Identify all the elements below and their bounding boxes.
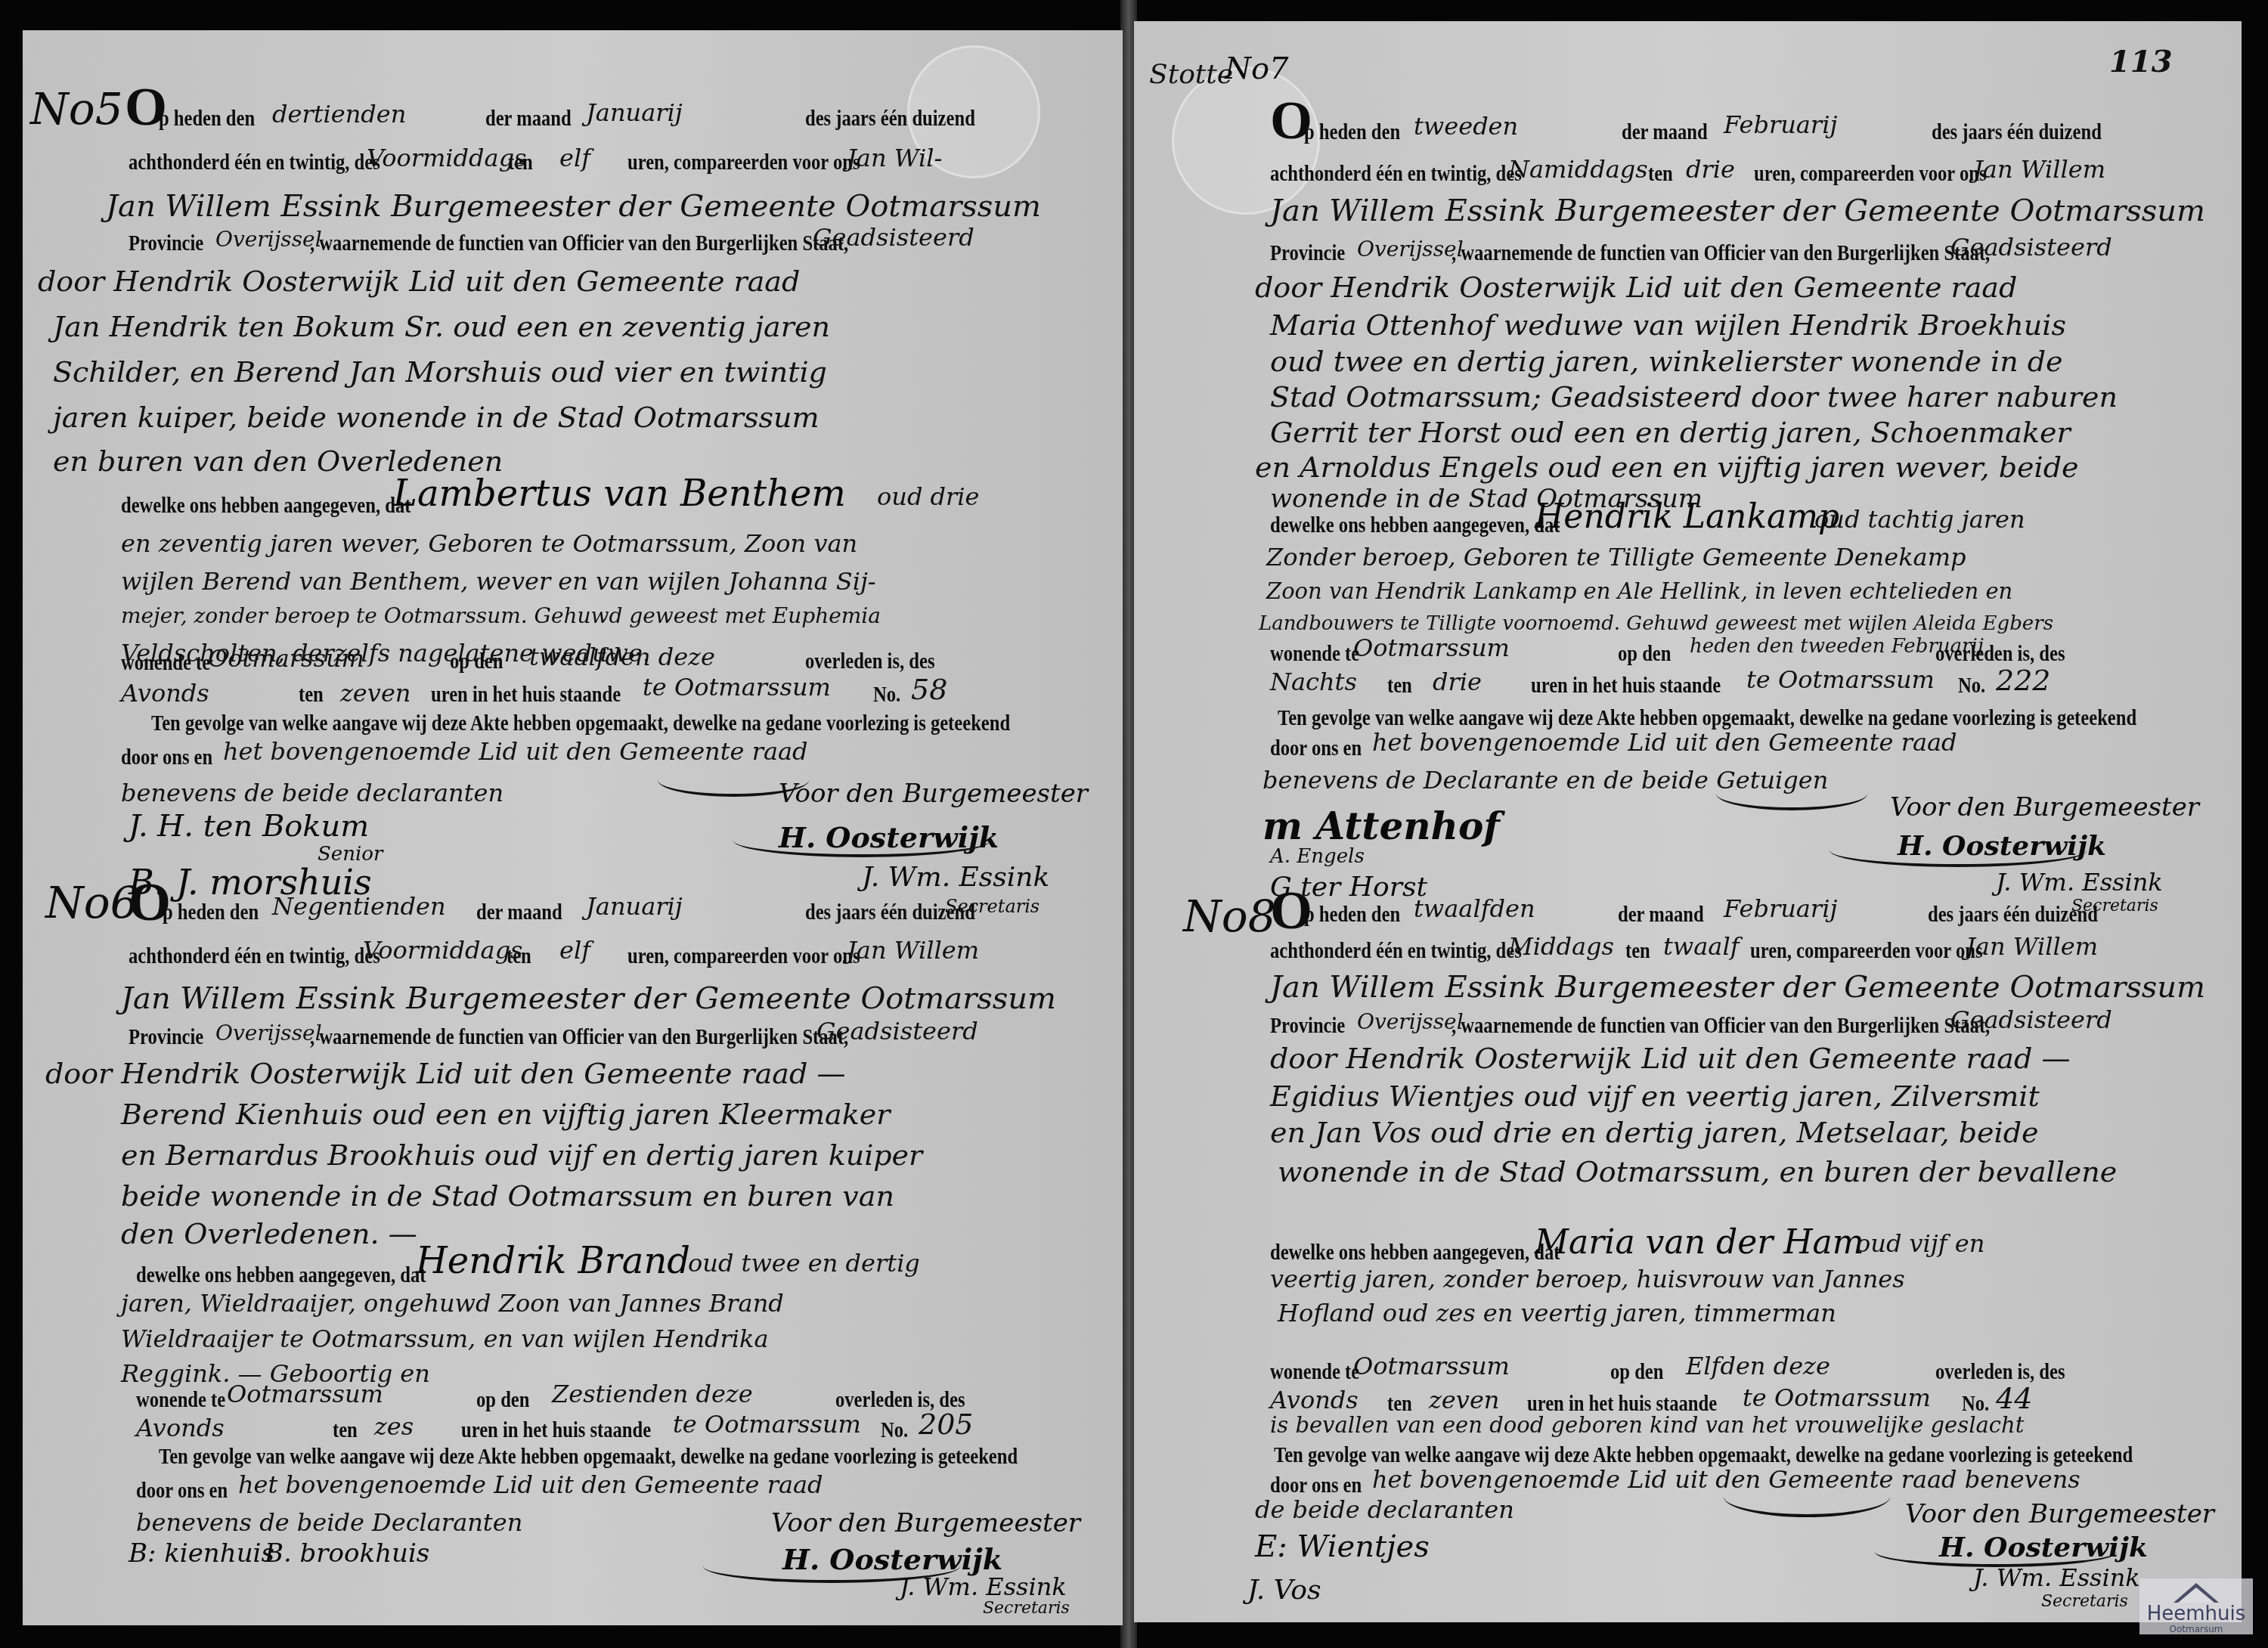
house-number: 222 — [1996, 664, 2051, 697]
signature-ten-bokum: J. H. ten Bokum — [129, 809, 369, 844]
remark-stillborn: is bevallen van een dood geboren kind va… — [1270, 1412, 2024, 1438]
signature-vos: J. Vos — [1247, 1575, 1321, 1606]
official-line: Jan Willem Essink Burgemeester der Gemee… — [106, 189, 1041, 224]
deceased-name: Hendrik Brand — [416, 1240, 690, 1282]
signature-essink: J. Wm. Essink — [862, 862, 1049, 893]
deceased-name: Maria van der Ham — [1535, 1223, 1864, 1262]
page-number: 113 — [2109, 44, 2173, 79]
left-page: No5 O p heden den dertienden der maand J… — [23, 30, 1123, 1625]
right-page: Stotte 113 No7 O p heden den tweeden der… — [1134, 21, 2242, 1622]
house-number: 58 — [911, 673, 947, 706]
deceased-name: Lambertus van Benthem — [393, 472, 846, 515]
signature-engels: A. Engels — [1270, 845, 1365, 868]
margin-note: Stotte — [1149, 59, 1233, 90]
signature-kienhuis: B: kienhuis — [129, 1538, 274, 1569]
house-number: 205 — [919, 1408, 974, 1441]
entry-day: dertienden — [272, 100, 406, 129]
entry-month: Januarij — [586, 98, 683, 127]
entry-number: No7 — [1225, 51, 1289, 86]
deceased-name: Hendrik Lankamp — [1535, 497, 1839, 536]
signature-wientjes: E: Wientjes — [1255, 1529, 1430, 1564]
entry-number: No6 — [45, 877, 138, 928]
entry-number: No8 — [1183, 891, 1276, 942]
house-number: 44 — [1996, 1382, 2032, 1415]
logo-place: Ootmarsum — [2139, 1624, 2253, 1634]
heemhuis-logo: Heemhuis Ootmarsum — [2139, 1578, 2253, 1634]
signature-brookhuis: B. brookhuis — [265, 1538, 429, 1569]
logo-name: Heemhuis — [2139, 1603, 2253, 1625]
entry-number: No5 — [30, 83, 123, 135]
signature-attenhof: m Attenhof — [1263, 804, 1500, 848]
